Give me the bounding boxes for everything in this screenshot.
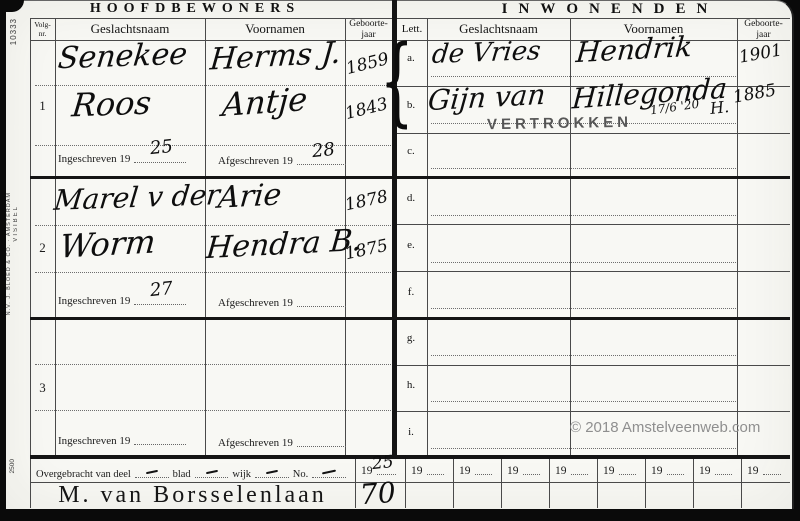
year-prefix: 19 (507, 465, 519, 477)
year-cell: 19 (741, 458, 790, 482)
dotted-leader (619, 473, 637, 475)
group-divider (30, 176, 790, 179)
afgeschreven-row: Afgeschreven 19 (218, 433, 350, 449)
lett-label: e. (397, 239, 425, 251)
grid-line (737, 18, 738, 458)
writing-line (431, 262, 736, 263)
writing-line (431, 308, 736, 309)
street-row: M. van Borsselenlaan (30, 483, 355, 507)
writing-line (35, 410, 391, 411)
geboortejaar-label-bottom: jaar (361, 30, 375, 40)
year-cell: 19 (597, 458, 645, 482)
year-prefix: 19 (361, 465, 373, 477)
dotted-leader (255, 476, 289, 478)
writing-line (35, 145, 391, 146)
surname-handwriting: de Vries (431, 38, 542, 68)
writing-line (431, 448, 736, 449)
afgeschreven-label: Afgeschreven 19 (218, 437, 293, 449)
grid-line (30, 18, 31, 508)
afgeschreven-year-handwriting: 28 (311, 141, 336, 161)
year-prefix: 19 (747, 465, 759, 477)
firstnames-handwriting: Hendra B. (205, 226, 363, 264)
year-prefix: 19 (699, 465, 711, 477)
ingeschreven-label: Ingeschreven 19 (58, 295, 130, 307)
ingeschreven-year-handwriting: 27 (149, 280, 174, 300)
transfer-year-handwriting: 25 (371, 454, 394, 473)
vertrokken-stamp: VERTROKKEN (487, 114, 632, 134)
dotted-leader (297, 163, 346, 165)
writing-line (431, 215, 736, 216)
volgnr-value: 3 (30, 380, 55, 396)
dotted-leader (763, 473, 782, 475)
blad-label: blad (173, 469, 191, 480)
column-header-geboortejaar-right: Geboorte- jaar (737, 19, 790, 40)
year-cell: 19 (645, 458, 693, 482)
writing-line (431, 168, 736, 169)
year-prefix: 19 (459, 465, 471, 477)
ingeschreven-label: Ingeschreven 19 (58, 435, 130, 447)
surname-handwriting: Gijn van (427, 81, 547, 115)
surname-handwriting: Roos (70, 87, 152, 122)
volgnr-value: 1 (30, 98, 55, 114)
geboortejaar-label-top: Geboorte- (744, 19, 783, 29)
year-prefix: 19 (411, 465, 423, 477)
surname-handwriting: Worm (59, 225, 157, 262)
ingeschreven-year-handwriting: 25 (149, 138, 174, 158)
overgebracht-label: Overgebracht van deel (36, 469, 131, 480)
printer-imprint: N.V. J. BLOED & CO. · AMSTERDAM (6, 192, 12, 315)
dotted-leader (297, 305, 346, 307)
margin-code-bottom: 2500 (9, 459, 16, 473)
street-name-stamp: M. van Borsselenlaan (58, 482, 327, 509)
ingeschreven-row: Ingeschreven 19 (58, 431, 190, 447)
initial-annotation-handwriting: H. (709, 99, 730, 117)
year-prefix: 19 (603, 465, 615, 477)
register-scan: 10333 VISIBEL N.V. J. BLOED & CO. · AMST… (0, 0, 800, 521)
grid-line (397, 411, 790, 412)
writing-line (431, 355, 736, 356)
afgeschreven-label: Afgeschreven 19 (218, 155, 293, 167)
year-cell: 19 (453, 458, 501, 482)
firstnames-handwriting: Herms J. (209, 38, 342, 75)
column-header-volgnr: Volg- nr. (30, 19, 55, 40)
dotted-leader (427, 473, 445, 475)
volgnr-value: 2 (30, 240, 55, 256)
dotted-leader (715, 473, 733, 475)
wijk-label: wijk (232, 469, 251, 480)
dotted-leader (297, 445, 346, 447)
dotted-leader (134, 443, 186, 445)
year-cell: 19 (549, 458, 597, 482)
lett-label: f. (397, 286, 425, 298)
group-brace-handwriting: { (380, 33, 414, 129)
afgeschreven-label: Afgeschreven 19 (218, 297, 293, 309)
firstnames-handwriting: Arie (217, 180, 283, 213)
lett-label: h. (397, 379, 425, 391)
year-prefix: 19 (555, 465, 567, 477)
grid-line (397, 365, 790, 366)
grid-line (427, 18, 428, 458)
dotted-leader (571, 473, 589, 475)
grid-line (397, 133, 790, 134)
year-cell: 19 (501, 458, 549, 482)
geboortejaar-label-bottom: jaar (756, 30, 770, 40)
dotted-leader (135, 476, 169, 478)
surname-handwriting: Marel v der (53, 181, 222, 215)
grid-line (397, 224, 790, 225)
year-prefix: 19 (651, 465, 663, 477)
grid-line (570, 18, 571, 458)
afgeschreven-row: Afgeschreven 19 (218, 293, 350, 309)
dotted-leader (312, 476, 346, 478)
surname-handwriting: Senekee (56, 40, 188, 75)
group-divider (30, 317, 790, 320)
lett-label: g. (397, 332, 425, 344)
dotted-leader (134, 161, 186, 163)
writing-line (35, 364, 391, 365)
ingeschreven-label: Ingeschreven 19 (58, 153, 130, 165)
dotted-leader (667, 473, 685, 475)
year-cell: 19 (405, 458, 453, 482)
margin-code-top: 10333 (9, 18, 18, 45)
dotted-leader (195, 476, 229, 478)
dotted-leader (134, 303, 186, 305)
lett-label: c. (397, 145, 425, 157)
no-label: No. (293, 469, 308, 480)
grid-line (205, 18, 206, 458)
grid-line (397, 271, 790, 272)
writing-line (431, 401, 736, 402)
section-title-hoofdbewoners: HOOFDBEWONERS (30, 1, 360, 17)
overgebracht-row: Overgebracht van deel blad wijk No. (36, 460, 350, 480)
printer-name: VISIBEL (13, 205, 19, 242)
grid-line (55, 18, 56, 458)
firstnames-handwriting: Antje (221, 83, 308, 121)
firstnames-handwriting: Hendrik (575, 33, 694, 67)
writing-line (35, 272, 391, 273)
house-number-handwriting: 70 (359, 479, 397, 509)
dotted-leader (523, 473, 541, 475)
lett-label: d. (397, 192, 425, 204)
watermark: © 2018 Amstelveenweb.com (570, 419, 760, 436)
dotted-leader (475, 473, 493, 475)
year-cell: 19 (693, 458, 741, 482)
section-title-inwonenden: INWONENDEN (430, 1, 790, 18)
volgnr-label-bottom: nr. (39, 30, 47, 38)
lett-label: i. (397, 426, 425, 438)
